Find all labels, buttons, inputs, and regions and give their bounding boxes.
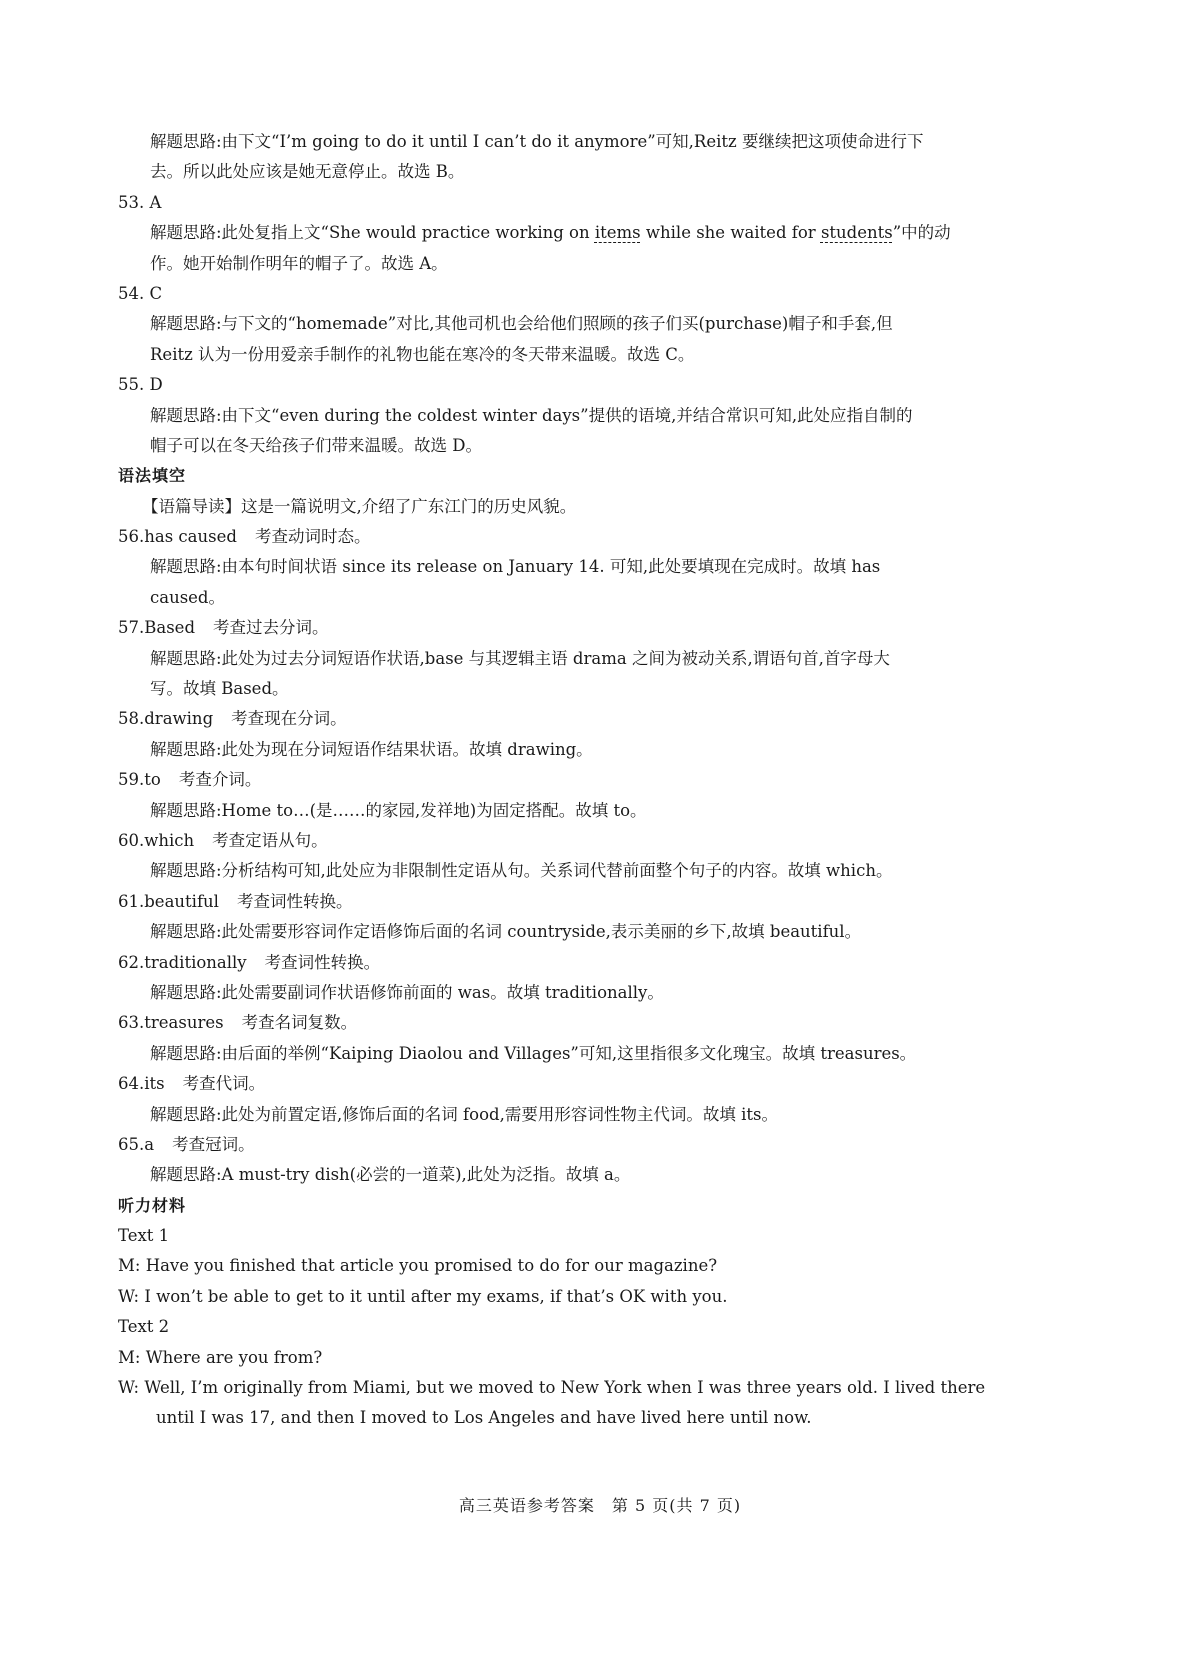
item-topic: 考查词性转换。 — [265, 953, 381, 972]
dialogue-line: W: I won’t be able to get to it until af… — [118, 1282, 1068, 1312]
grammar-analysis-60: 解题思路:分析结构可知,此处应为非限制性定语从句。关系词代替前面整个句子的内容。… — [118, 856, 1068, 886]
item-answer: a — [144, 1135, 154, 1154]
underlined-word-items: items — [595, 223, 641, 242]
dialogue-line: M: Where are you from? — [118, 1343, 1068, 1373]
item-topic: 考查词性转换。 — [237, 892, 353, 911]
grammar-analysis-57: 写。故填 Based。 — [118, 674, 1068, 704]
q52-analysis-line: 解题思路:由下文“I’m going to do it until I can’… — [118, 127, 1068, 157]
grammar-analysis-58: 解题思路:此处为现在分词短语作结果状语。故填 drawing。 — [118, 735, 1068, 765]
q53-analysis-line: 解题思路:此处复指上文“She would practice working o… — [118, 218, 1068, 248]
item-number: 64. — [118, 1074, 144, 1093]
item-answer: traditionally — [144, 953, 246, 972]
dialogue-line-continued: until I was 17, and then I moved to Los … — [118, 1403, 1068, 1433]
item-number: 57. — [118, 618, 144, 637]
grammar-analysis-63: 解题思路:由后面的举例“Kaiping Diaolou and Villages… — [118, 1039, 1068, 1069]
answer-key-page: 解题思路:由下文“I’m going to do it until I can’… — [118, 127, 1068, 1434]
q55-analysis-line: 帽子可以在冬天给孩子们带来温暖。故选 D。 — [118, 431, 1068, 461]
q53-analysis-line: 作。她开始制作明年的帽子了。故选 A。 — [118, 249, 1068, 279]
q53-analysis-mid: while she waited for — [641, 223, 821, 242]
section-heading-grammar: 语法填空 — [118, 461, 1068, 491]
q53-analysis-prefix: 解题思路:此处复指上文“She would practice working o… — [150, 223, 595, 242]
grammar-analysis-64: 解题思路:此处为前置定语,修饰后面的名词 food,需要用形容词性物主代词。故填… — [118, 1100, 1068, 1130]
item-topic: 考查过去分词。 — [213, 618, 329, 637]
item-answer: Based — [144, 618, 195, 637]
item-answer: beautiful — [144, 892, 219, 911]
item-answer: drawing — [144, 709, 213, 728]
section-heading-listening: 听力材料 — [118, 1191, 1068, 1221]
item-topic: 考查名词复数。 — [242, 1013, 358, 1032]
grammar-intro: 【语篇导读】这是一篇说明文,介绍了广东江门的历史风貌。 — [118, 492, 1068, 522]
item-number: 61. — [118, 892, 144, 911]
item-number: 65. — [118, 1135, 144, 1154]
q55-analysis-line: 解题思路:由下文“even during the coldest winter … — [118, 401, 1068, 431]
item-number: 58. — [118, 709, 144, 728]
grammar-answer-61: 61.beautiful考查词性转换。 — [118, 887, 1068, 917]
grammar-answer-58: 58.drawing考查现在分词。 — [118, 704, 1068, 734]
item-topic: 考查定语从句。 — [212, 831, 328, 850]
item-answer: which — [144, 831, 194, 850]
q53-analysis-suffix: ”中的动 — [893, 223, 951, 242]
grammar-answer-59: 59.to考查介词。 — [118, 765, 1068, 795]
q54-answer: 54. C — [118, 279, 1068, 309]
item-number: 60. — [118, 831, 144, 850]
dialogue-line: W: Well, I’m originally from Miami, but … — [118, 1373, 1068, 1403]
item-topic: 考查动词时态。 — [255, 527, 371, 546]
q54-analysis-line: Reitz 认为一份用爱亲手制作的礼物也能在寒冷的冬天带来温暖。故选 C。 — [118, 340, 1068, 370]
grammar-analysis-62: 解题思路:此处需要副词作状语修饰前面的 was。故填 traditionally… — [118, 978, 1068, 1008]
grammar-answer-57: 57.Based考查过去分词。 — [118, 613, 1068, 643]
item-topic: 考查现在分词。 — [231, 709, 347, 728]
item-number: 59. — [118, 770, 144, 789]
item-answer: to — [144, 770, 161, 789]
grammar-answer-60: 60.which考查定语从句。 — [118, 826, 1068, 856]
listening-text-title: Text 2 — [118, 1312, 1068, 1342]
underlined-word-students: students — [821, 223, 893, 242]
grammar-answer-64: 64.its考查代词。 — [118, 1069, 1068, 1099]
grammar-analysis-57: 解题思路:此处为过去分词短语作状语,base 与其逻辑主语 drama 之间为被… — [118, 644, 1068, 674]
grammar-answer-62: 62.traditionally考查词性转换。 — [118, 948, 1068, 978]
listening-text-title: Text 1 — [118, 1221, 1068, 1251]
grammar-answer-56: 56.has caused考查动词时态。 — [118, 522, 1068, 552]
grammar-analysis-65: 解题思路:A must-try dish(必尝的一道菜),此处为泛指。故填 a。 — [118, 1160, 1068, 1190]
dialogue-line: M: Have you finished that article you pr… — [118, 1251, 1068, 1281]
q54-analysis-line: 解题思路:与下文的“homemade”对比,其他司机也会给他们照顾的孩子们买(p… — [118, 309, 1068, 339]
q53-answer: 53. A — [118, 188, 1068, 218]
grammar-analysis-59: 解题思路:Home to…(是……的家园,发祥地)为固定搭配。故填 to。 — [118, 796, 1068, 826]
item-number: 63. — [118, 1013, 144, 1032]
grammar-answer-63: 63.treasures考查名词复数。 — [118, 1008, 1068, 1038]
item-topic: 考查介词。 — [179, 770, 262, 789]
grammar-analysis-61: 解题思路:此处需要形容词作定语修饰后面的名词 countryside,表示美丽的… — [118, 917, 1068, 947]
grammar-analysis-56: 解题思路:由本句时间状语 since its release on Januar… — [118, 552, 1068, 582]
item-answer: treasures — [144, 1013, 223, 1032]
item-topic: 考查冠词。 — [172, 1135, 255, 1154]
q52-analysis-line: 去。所以此处应该是她无意停止。故选 B。 — [118, 157, 1068, 187]
grammar-analysis-56: caused。 — [118, 583, 1068, 613]
page-footer: 高三英语参考答案 第 5 页(共 7 页) — [0, 1493, 1200, 1516]
item-number: 56. — [118, 527, 144, 546]
item-answer: has caused — [144, 527, 237, 546]
item-answer: its — [144, 1074, 164, 1093]
q55-answer: 55. D — [118, 370, 1068, 400]
grammar-answer-65: 65.a考查冠词。 — [118, 1130, 1068, 1160]
item-number: 62. — [118, 953, 144, 972]
item-topic: 考查代词。 — [183, 1074, 266, 1093]
